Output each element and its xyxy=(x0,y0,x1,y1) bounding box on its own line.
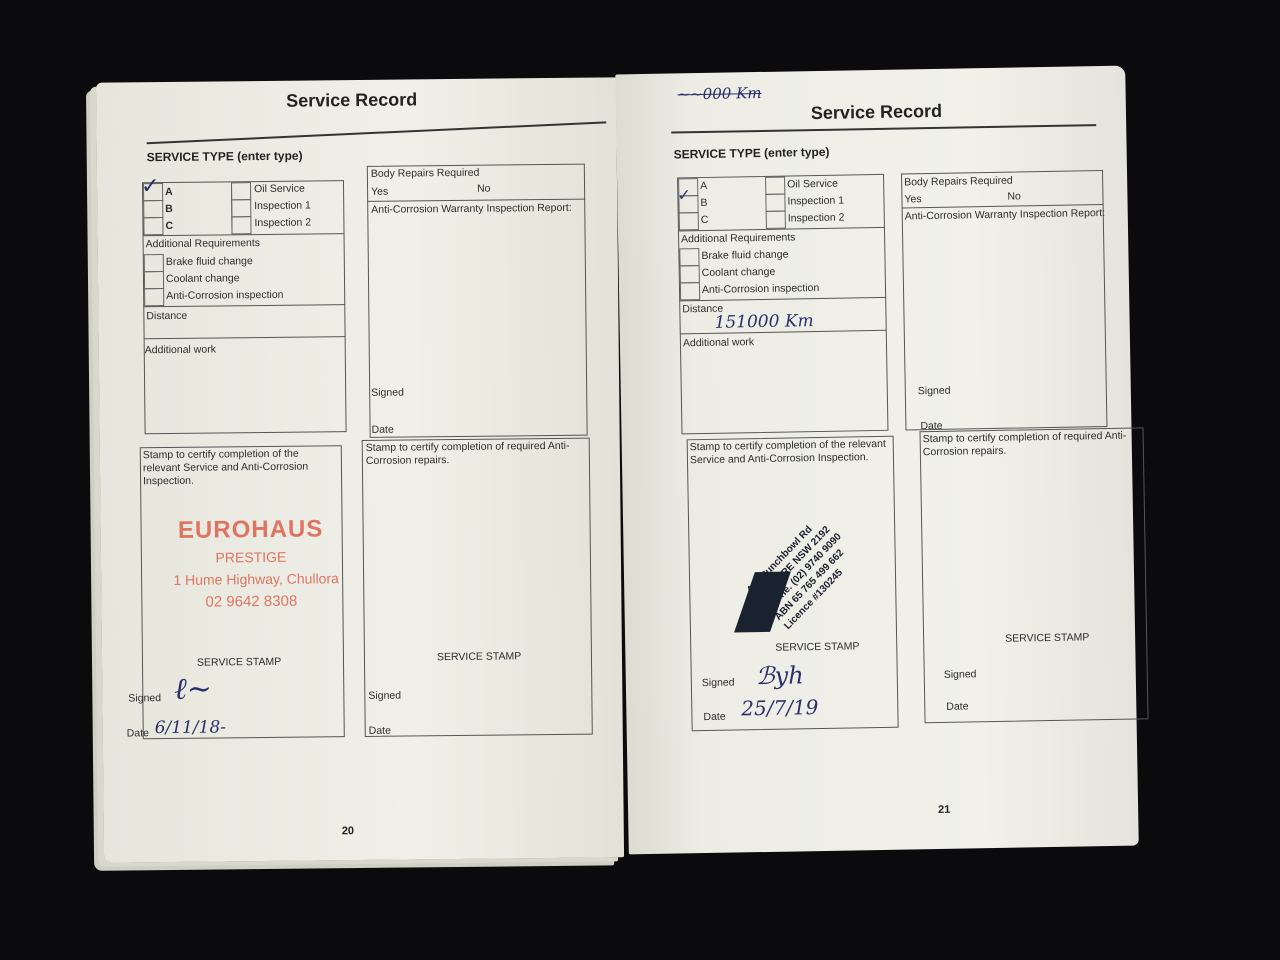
checkbox-inspection-2[interactable] xyxy=(231,216,251,234)
option-b-label: B xyxy=(700,197,707,209)
no-label[interactable]: No xyxy=(1007,190,1021,202)
oil-service-label: Oil Service xyxy=(787,178,838,191)
signature: ℬyh xyxy=(756,661,804,690)
checkbox-brake-fluid[interactable] xyxy=(144,254,164,272)
date-label: Date xyxy=(127,727,149,739)
signed-label: Signed xyxy=(918,385,951,398)
brake-fluid-label: Brake fluid change xyxy=(166,255,253,268)
right-page: ~~000 Km Service Record SERVICE TYPE (en… xyxy=(615,66,1139,855)
body-repairs-label: Body Repairs Required xyxy=(371,167,480,180)
checkbox-c[interactable] xyxy=(143,217,163,235)
stamp-eurohaus-address: 1 Hume Highway, Chullora xyxy=(141,570,371,588)
checkbox-coolant[interactable] xyxy=(144,271,164,289)
service-stamp-label: SERVICE STAMP xyxy=(775,640,859,653)
checkbox-inspection-1[interactable] xyxy=(231,199,251,217)
checkbox-anti-corrosion[interactable] xyxy=(680,282,700,300)
anti-corrosion-label: Anti-Corrosion inspection xyxy=(702,282,820,296)
checkbox-b[interactable] xyxy=(143,200,163,218)
yes-label[interactable]: Yes xyxy=(371,186,388,198)
yes-label[interactable]: Yes xyxy=(904,193,921,205)
signed-label: Signed xyxy=(128,692,161,704)
service-stamp-label: SERVICE STAMP xyxy=(437,650,521,663)
title-rule xyxy=(147,121,607,144)
handwritten-date: 6/11/18- xyxy=(155,717,226,738)
checkbox-coolant[interactable] xyxy=(680,265,700,283)
stamp-eurohaus-sub: PRESTIGE xyxy=(156,548,346,566)
checkbox-brake-fluid[interactable] xyxy=(679,248,699,266)
service-stamp-label: SERVICE STAMP xyxy=(197,656,281,669)
stamp-eurohaus-name: EUROHAUS xyxy=(155,515,345,545)
stamp-repairs-text: Stamp to certify completion of required … xyxy=(366,440,581,468)
coolant-label: Coolant change xyxy=(702,266,776,279)
option-a-label: A xyxy=(165,186,173,198)
checkmark-icon: ✓ xyxy=(677,185,691,204)
checkbox-oil-service[interactable] xyxy=(231,182,251,200)
stamp-service-text: Stamp to certify completion of the relev… xyxy=(690,438,890,467)
option-b-label: B xyxy=(165,203,173,215)
anti-corrosion-report-label: Anti-Corrosion Warranty Inspection Repor… xyxy=(371,202,571,216)
service-type-heading: SERVICE TYPE (enter type) xyxy=(147,149,303,165)
date-label: Date xyxy=(372,424,394,436)
distance-label: Distance xyxy=(146,310,187,322)
checkbox-c[interactable] xyxy=(679,212,699,230)
signature: ℓ~ xyxy=(174,672,212,707)
stamp-eurohaus-phone: 02 9642 8308 xyxy=(156,592,346,611)
left-page: Service Record SERVICE TYPE (enter type)… xyxy=(96,77,624,862)
coolant-label: Coolant change xyxy=(166,272,240,285)
signed-label: Signed xyxy=(368,690,401,702)
stamp-repairs-text: Stamp to certify completion of required … xyxy=(923,430,1133,460)
date-label: Date xyxy=(946,700,968,712)
anti-corrosion-label: Anti-Corrosion inspection xyxy=(166,289,283,302)
checkmark-icon: ✓ xyxy=(141,174,160,199)
inspection-1-label: Inspection 1 xyxy=(787,195,844,208)
inspection-2-label: Inspection 2 xyxy=(254,216,311,229)
service-type-heading: SERVICE TYPE (enter type) xyxy=(674,145,830,162)
option-a-label: A xyxy=(700,180,707,192)
oil-service-label: Oil Service xyxy=(254,183,305,196)
title-rule xyxy=(671,124,1096,133)
additional-work-label: Additional work xyxy=(145,344,216,357)
option-c-label: C xyxy=(165,220,173,232)
checkbox-anti-corrosion[interactable] xyxy=(144,288,164,306)
signed-label: Signed xyxy=(371,387,404,399)
stamp-service-text: Stamp to certify completion of the relev… xyxy=(143,447,338,488)
brake-fluid-label: Brake fluid change xyxy=(701,249,788,263)
service-stamp-label: SERVICE STAMP xyxy=(1005,631,1089,644)
inspection-2-label: Inspection 2 xyxy=(788,212,845,225)
additional-requirements-heading: Additional Requirements xyxy=(146,237,261,250)
no-label[interactable]: No xyxy=(477,183,491,195)
page-number: 21 xyxy=(938,804,950,816)
signed-label: Signed xyxy=(702,677,735,690)
page-title: Service Record xyxy=(811,101,942,124)
inspection-1-label: Inspection 1 xyxy=(254,200,311,213)
handwritten-date: 25/7/19 xyxy=(741,695,819,720)
page-number: 20 xyxy=(342,825,354,837)
checkbox-oil-service[interactable] xyxy=(765,177,785,195)
date-label: Date xyxy=(369,725,391,737)
additional-work-label: Additional work xyxy=(683,336,754,349)
checkbox-inspection-2[interactable] xyxy=(766,211,786,229)
additional-requirements-heading: Additional Requirements xyxy=(681,231,796,245)
signed-label: Signed xyxy=(944,668,977,681)
option-c-label: C xyxy=(701,214,709,226)
body-repairs-label: Body Repairs Required xyxy=(904,175,1013,189)
handwritten-crossed-distance: ~~000 Km xyxy=(677,84,761,103)
page-title: Service Record xyxy=(286,89,417,111)
distance-value: 151000 Km xyxy=(714,311,813,333)
date-label: Date xyxy=(703,711,725,723)
checkbox-inspection-1[interactable] xyxy=(765,194,785,212)
